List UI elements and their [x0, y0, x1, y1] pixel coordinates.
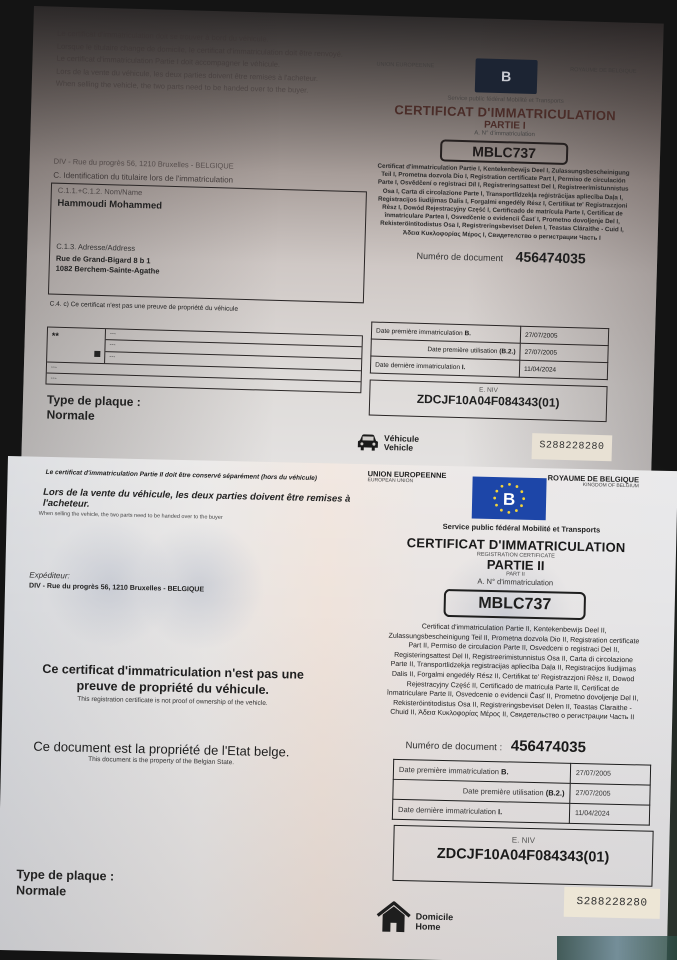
dates-table: Date première immatriculation B. 27/07/2… — [370, 322, 609, 381]
vehicle-label: Véhicule Vehicle — [384, 434, 419, 453]
niv-value: ZDCJF10A04F084343(01) — [394, 845, 652, 867]
eu-label: UNION EUROPEENNE EUROPEAN UNION — [367, 470, 446, 486]
address-line-2: 1082 Berchem-Sainte-Agathe — [56, 264, 160, 277]
eu-flag-icon: B — [475, 58, 538, 94]
vehicle-label-en: Vehicle — [384, 443, 419, 453]
date-label: Date dernière immatriculation I. — [392, 799, 569, 823]
holder-name-label: C.1.1.+C.1.2. Nom/Name — [58, 186, 143, 197]
sender-line: DIV - Rue du progrès 56, 1210 Bruxelles … — [54, 157, 234, 171]
belgium-label: ROYAUME DE BELGIQUE KINGDOM OF BELGIUM — [547, 474, 639, 490]
serial-number: S288228280 — [532, 433, 613, 461]
multilingual-text: Certificat d'immatriculation Partie I, K… — [372, 163, 634, 244]
plate-type: Type de plaque : Normale — [16, 866, 114, 900]
sender-label: Expéditeur: — [29, 571, 70, 581]
service-label: Service public fédéral Mobilité et Trans… — [396, 521, 646, 536]
date-value: 27/07/2005 — [570, 783, 650, 805]
plate-number: MBLC737 — [440, 139, 569, 165]
plate-type: Type de plaque : Normale — [46, 393, 141, 426]
part1-header: UNION EUROPEENNE ROYAUME DE BELGIQUE B S… — [371, 56, 637, 268]
document-number-value: 456474035 — [515, 248, 585, 266]
home-label-en: Home — [415, 921, 453, 932]
document-number: Numéro de document : 456474035 — [405, 735, 586, 756]
plate-type-value: Normale — [46, 408, 140, 426]
car-icon — [356, 433, 381, 457]
part2-header: CERTIFICAT D'IMMATRICULATION REGISTRATIO… — [382, 535, 646, 724]
eu-label: UNION EUROPEENNE — [376, 62, 434, 70]
eu-flag-icon: B — [472, 477, 547, 521]
niv-box: E. NIV ZDCJF10A04F084343(01) — [369, 380, 608, 423]
background-fabric — [557, 936, 677, 960]
date-value: 27/07/2005 — [570, 763, 650, 785]
certificate-part-1: Le certificat d'immatriculation doit se … — [21, 6, 663, 479]
belgium-label: ROYAUME DE BELGIQUE — [570, 67, 636, 75]
keep-separate-note: Le certificat d'immatriculation Partie I… — [46, 469, 346, 484]
home-label: Domicile Home — [415, 911, 453, 932]
plate-type-value: Normale — [16, 882, 114, 900]
serial-number: S288228280 — [564, 887, 661, 919]
document-number-label: Numéro de document : — [405, 740, 502, 753]
grid-stars-cell: ** — [47, 328, 106, 364]
ownership-notice: Ce certificat d'immatriculation n'est pa… — [33, 661, 314, 699]
c4-note: C.4. c) Ce certificat n'est pas une preu… — [50, 301, 239, 313]
document-number-label: Numéro de document — [416, 251, 503, 263]
svg-text:B: B — [503, 490, 516, 509]
multilingual-text: Certificat d'immatriculation Partie II, … — [382, 622, 644, 724]
holder-address-label: C.1.3. Adresse/Address — [56, 242, 135, 253]
home-icon — [375, 900, 412, 938]
plate-number: MBLC737 — [443, 589, 586, 620]
holder-box: C.1.1.+C.1.2. Nom/Name Hammoudi Mohammed… — [48, 183, 367, 304]
holder-address: Rue de Grand-Bigard 8 b 1 1082 Berchem-S… — [56, 254, 160, 277]
date-label: Date dernière immatriculation I. — [370, 356, 519, 377]
niv-box: E. NIV ZDCJF10A04F084343(01) — [392, 825, 653, 887]
dates-table: Date première immatriculation B. 27/07/2… — [392, 759, 651, 826]
grid-stars: ** — [52, 331, 59, 341]
document-number-value: 456474035 — [511, 737, 586, 756]
instructions-block: Le certificat d'immatriculation doit se … — [56, 29, 358, 100]
holder-name: Hammoudi Mohammed — [57, 198, 162, 212]
info-grid: ** --- --- --- --- --- — [45, 326, 362, 393]
certificate-part-2: Le certificat d'immatriculation Partie I… — [0, 456, 677, 960]
date-value: 11/04/2024 — [519, 360, 607, 379]
date-value: 11/04/2024 — [569, 803, 649, 825]
square-mark-icon — [94, 351, 100, 357]
document-number: Numéro de document 456474035 — [371, 244, 631, 267]
